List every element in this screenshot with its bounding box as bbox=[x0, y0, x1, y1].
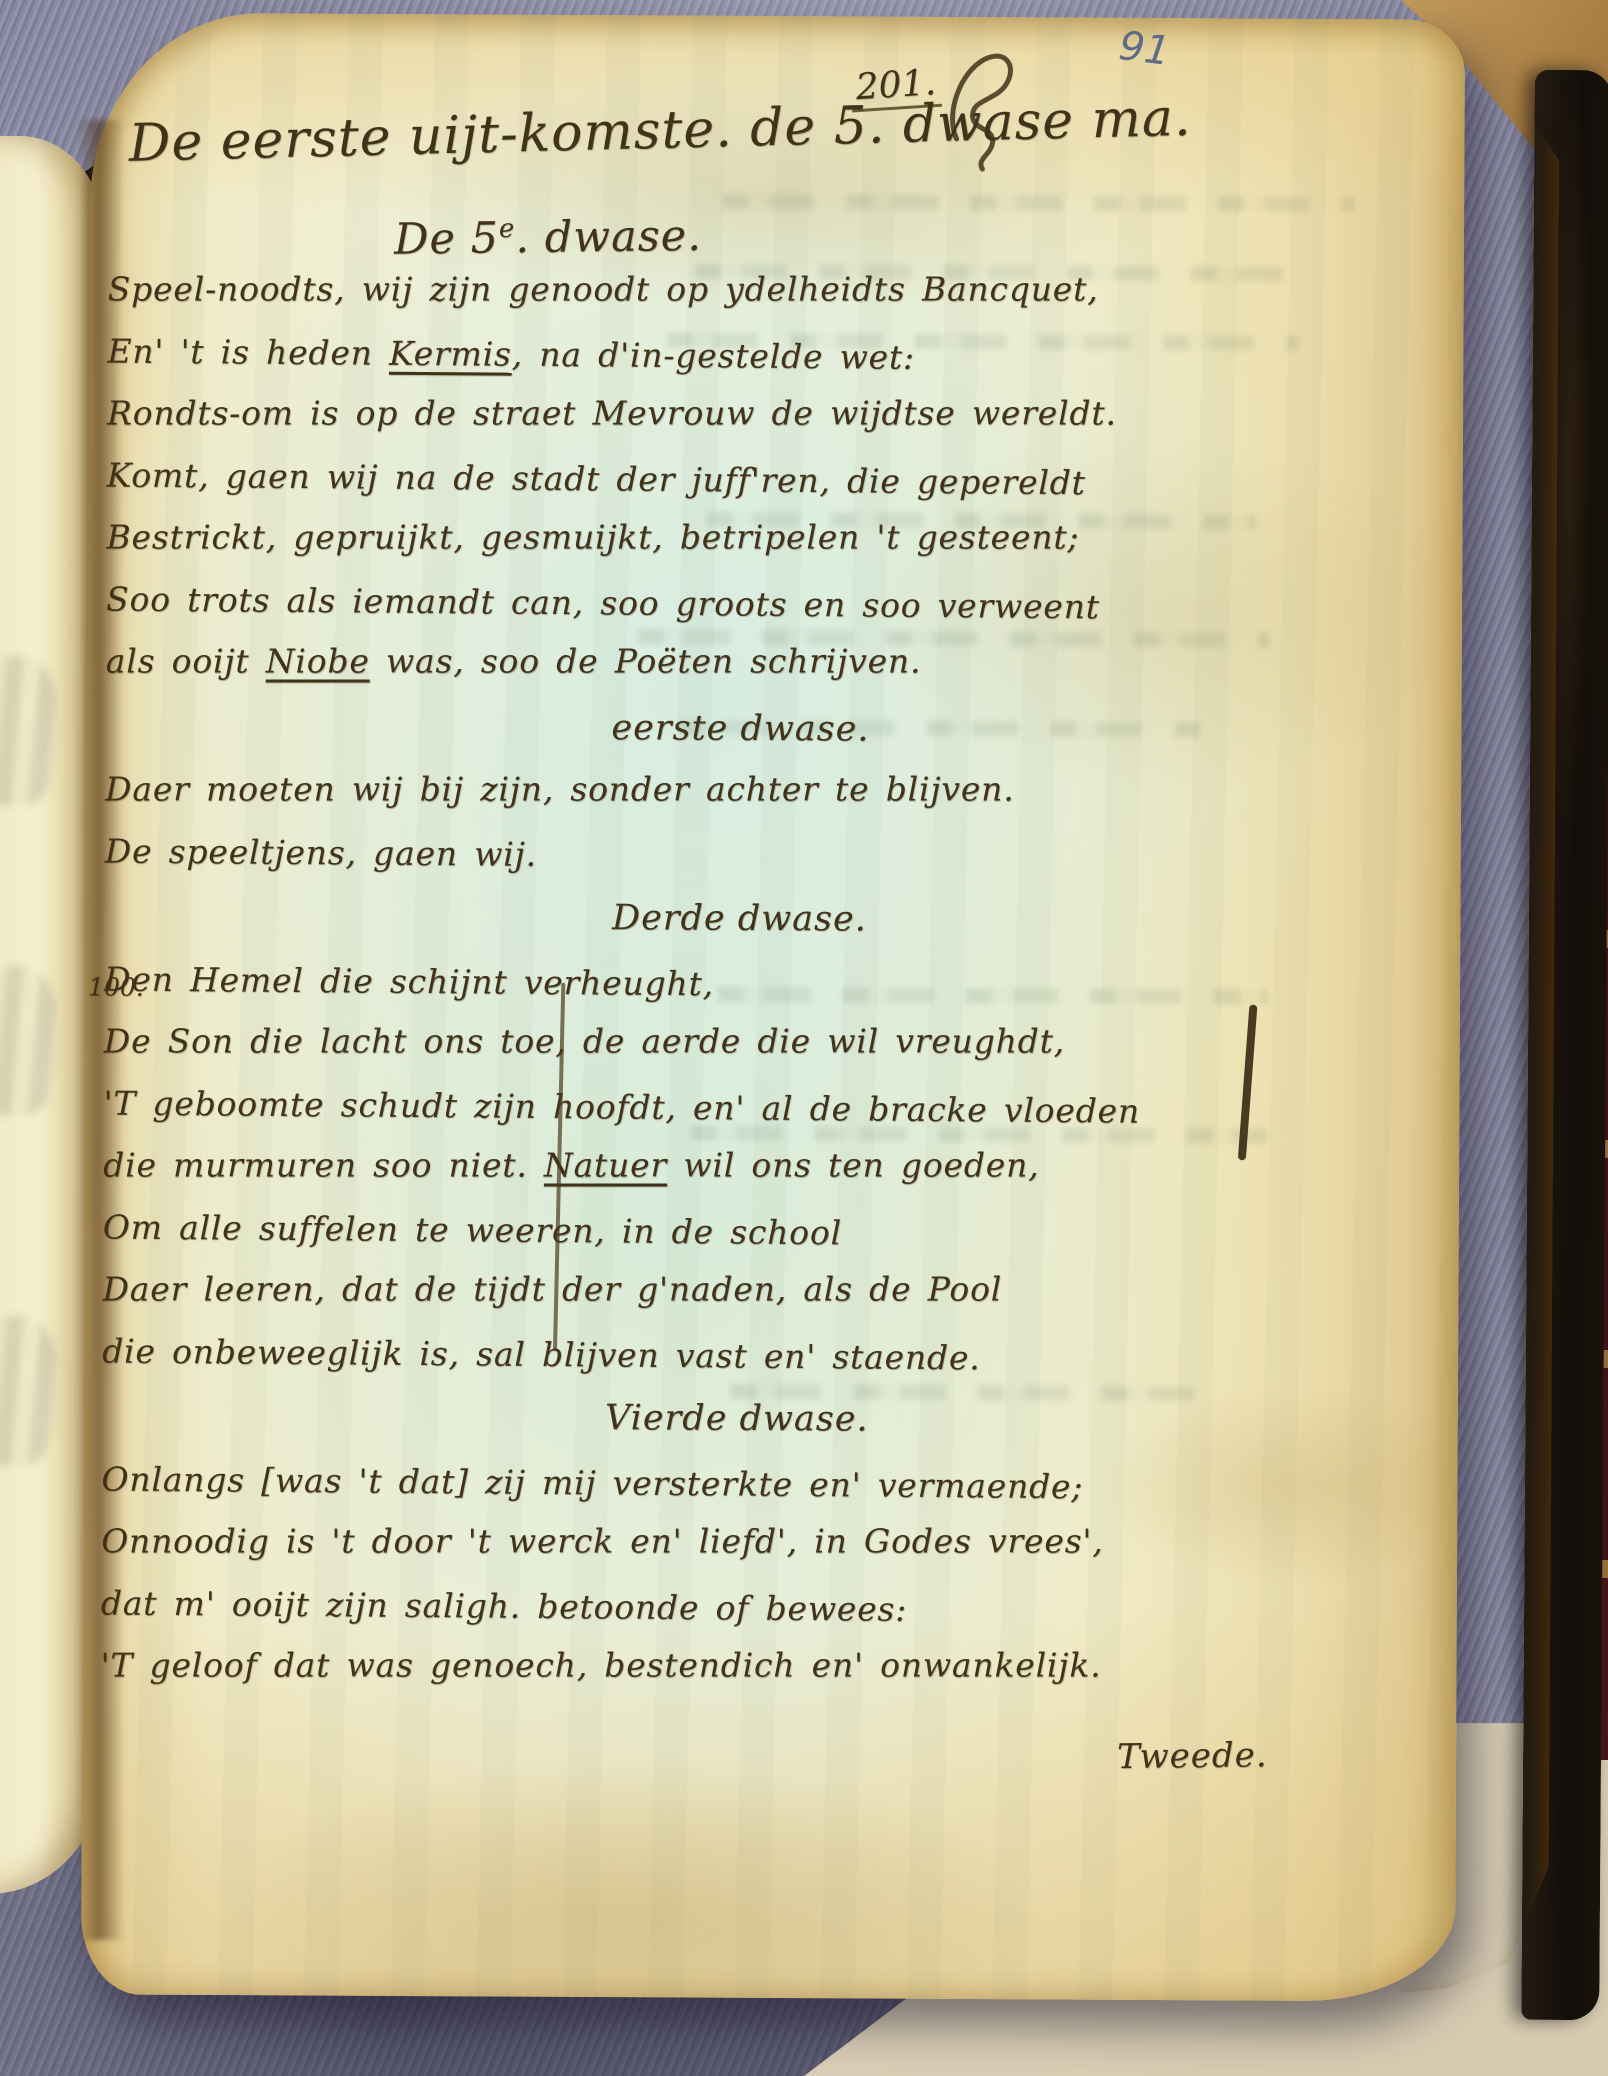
subtitle-suffix: . dwase. bbox=[515, 211, 702, 263]
poem-section-heading: Vierde dwase. bbox=[102, 1382, 1372, 1455]
poem-line: Onnoodig is 't door 't werck en' liefd',… bbox=[101, 1510, 1371, 1572]
bleedthrough-smudge bbox=[0, 966, 58, 1116]
pencil-folio-number: 91 bbox=[1116, 23, 1172, 75]
poem-section-heading: Derde dwase. bbox=[104, 882, 1374, 955]
recto-page: 91 201. De eerste uijt-komste. de 5. dwa… bbox=[81, 12, 1465, 2001]
subtitle-superscript: e bbox=[499, 214, 516, 244]
subtitle-prefix: De 5 bbox=[394, 213, 500, 264]
catchword: Tweede. bbox=[1117, 1735, 1268, 1777]
bleedthrough-smudge bbox=[0, 1316, 58, 1466]
poem-line: als ooijt Niobe was, soo de Poëten schri… bbox=[106, 631, 1376, 693]
poem-line: De Son die lacht ons toe, de aerde die w… bbox=[104, 1010, 1374, 1072]
poem-line: Daer moeten wij bij zijn, sonder achter … bbox=[105, 759, 1375, 821]
poem-line: die murmuren soo niet. Natuer wil ons te… bbox=[103, 1134, 1373, 1196]
poem-line: Daer leeren, dat de tijdt der g'naden, a… bbox=[103, 1258, 1373, 1320]
manuscript-photo: 91 201. De eerste uijt-komste. de 5. dwa… bbox=[0, 0, 1608, 2076]
poem-line: Rondts-om is op de straet Mevrouw de wij… bbox=[107, 383, 1377, 445]
poem-line: De speeltjens, gaen wij. bbox=[105, 821, 1375, 893]
poem-line: Speel-noodts, wij zijn genoodt op ydelhe… bbox=[108, 259, 1378, 321]
gutter-shadow bbox=[78, 120, 124, 1940]
poem-line: die onbeweeglijk is, sal blijven vast en… bbox=[102, 1320, 1372, 1392]
page-title: De eerste uijt-komste. de 5. dwase ma. bbox=[128, 85, 1289, 173]
page-subtitle: De 5e. dwase. bbox=[394, 211, 702, 265]
bleedthrough-smudge bbox=[0, 656, 58, 806]
poem-line: Bestrickt, gepruijkt, gesmuijkt, betripe… bbox=[106, 507, 1376, 569]
poem-line: 'T geloof dat was genoech, bestendich en… bbox=[101, 1634, 1371, 1696]
poem-section-heading: eerste dwase. bbox=[105, 693, 1375, 766]
poem: Speel-noodts, wij zijn genoodt op ydelhe… bbox=[100, 259, 1378, 1704]
